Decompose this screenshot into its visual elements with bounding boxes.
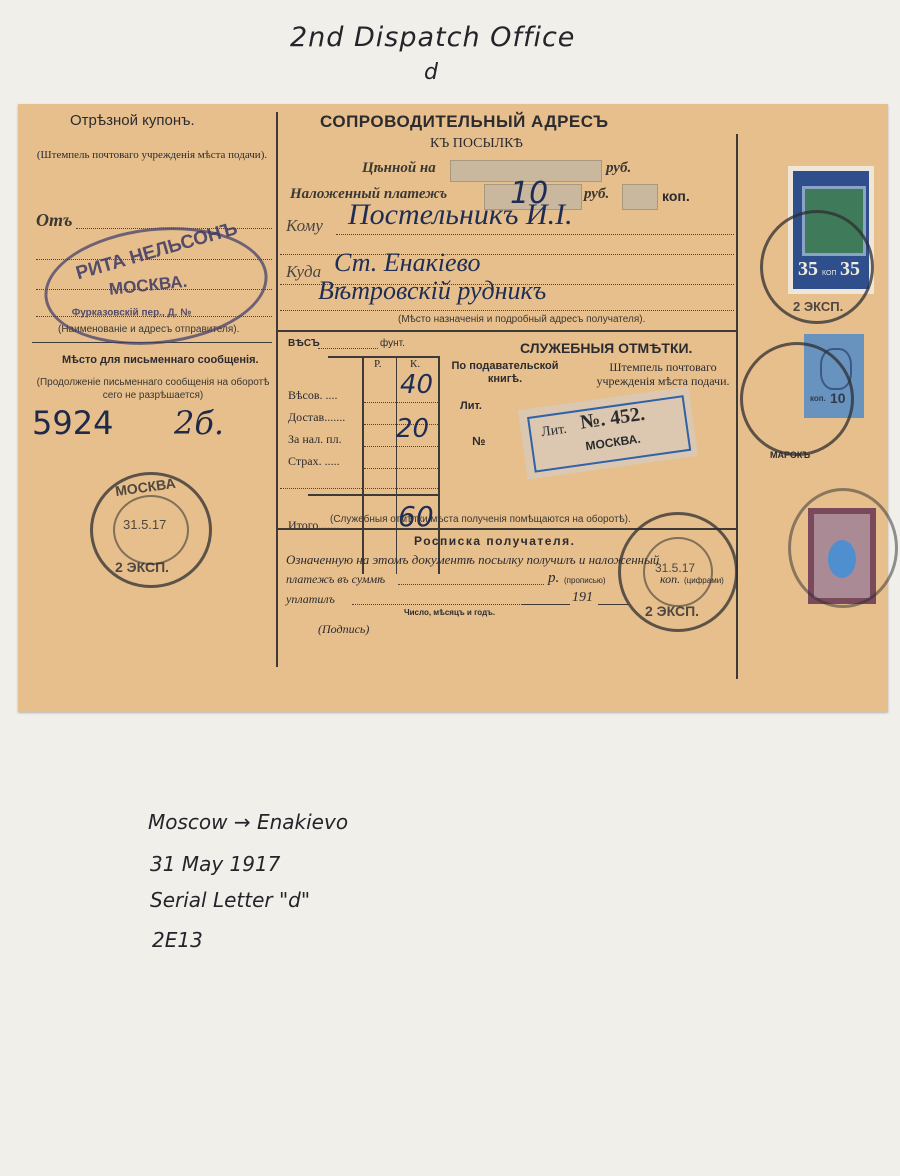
cod-kop-field [622,184,658,210]
stamps-label: МАРОКЪ [770,450,810,460]
destination-line1: Ст. Енакіево [334,248,480,278]
annotation-title: 2nd Dispatch Office [290,22,575,53]
message-note: (Продолженіе письменнаго сообщенія на об… [32,376,274,402]
weight-label: ВѢСЪ [288,338,320,349]
to-label: Кому [286,216,323,236]
coupon-postmark: МОСКВА 31.5.17 2 ЭКСП. [90,472,212,588]
fee-row-delivery: Достав....... [288,410,345,425]
parcel-card: Отрѣзной купонъ. (Штемпель почтоваго учр… [18,104,888,712]
recipient-name: Постельникъ И.І. [348,198,573,232]
from-label: Отъ [36,210,72,231]
stamp-postmark-3 [788,488,898,608]
form-subtitle: КЪ ПОСЫЛКѢ [430,136,523,152]
fee-row-weight: Вѣсов. .... [288,388,338,403]
coupon-divider [276,112,278,667]
coupon-postmark-caption: (Штемпель почтоваго учрежденія мѣста под… [32,148,272,162]
address-caption: (Мѣсто назначенія и подробный адресъ пол… [398,314,645,325]
stamp-postmark-2 [740,342,854,456]
signature-label: (Подпись) [318,622,369,637]
handwritten-number: 5924 [32,404,113,442]
message-title: Мѣсто для письменнаго сообщенія. [62,354,259,366]
fee-row-cod: За нал. пл. [288,432,342,447]
handwritten-suffix: 2б. [174,404,224,442]
annotation-serial-letter: d [424,60,438,85]
coupon-title: Отрѣзной купонъ. [70,112,195,129]
service-title: СЛУЖЕБНЫЯ ОТМѢТКИ. [520,340,692,356]
where-label: Куда [286,262,321,282]
fee-row-insurance: Страх. ..... [288,454,340,469]
destination-line2: Вѣтровскій рудникъ [318,276,546,306]
receipt-title: Росписка получателя. [414,534,575,548]
receipt-postmark: 31.5.17 2 ЭКСП. [618,512,738,632]
registration-label: Лит. №. 452. МОСКВА. [518,386,698,479]
service-footnote: (Служебныя отмѣтки мѣста полученія помѣщ… [330,514,631,525]
form-title: СОПРОВОДИТЕЛЬНЫЙ АДРЕСЪ [320,112,609,132]
stamp-column-divider [736,134,738,679]
stamp-postmark-1: 2 ЭКСП. [760,210,874,324]
value-label: Цѣнной на [362,160,436,177]
